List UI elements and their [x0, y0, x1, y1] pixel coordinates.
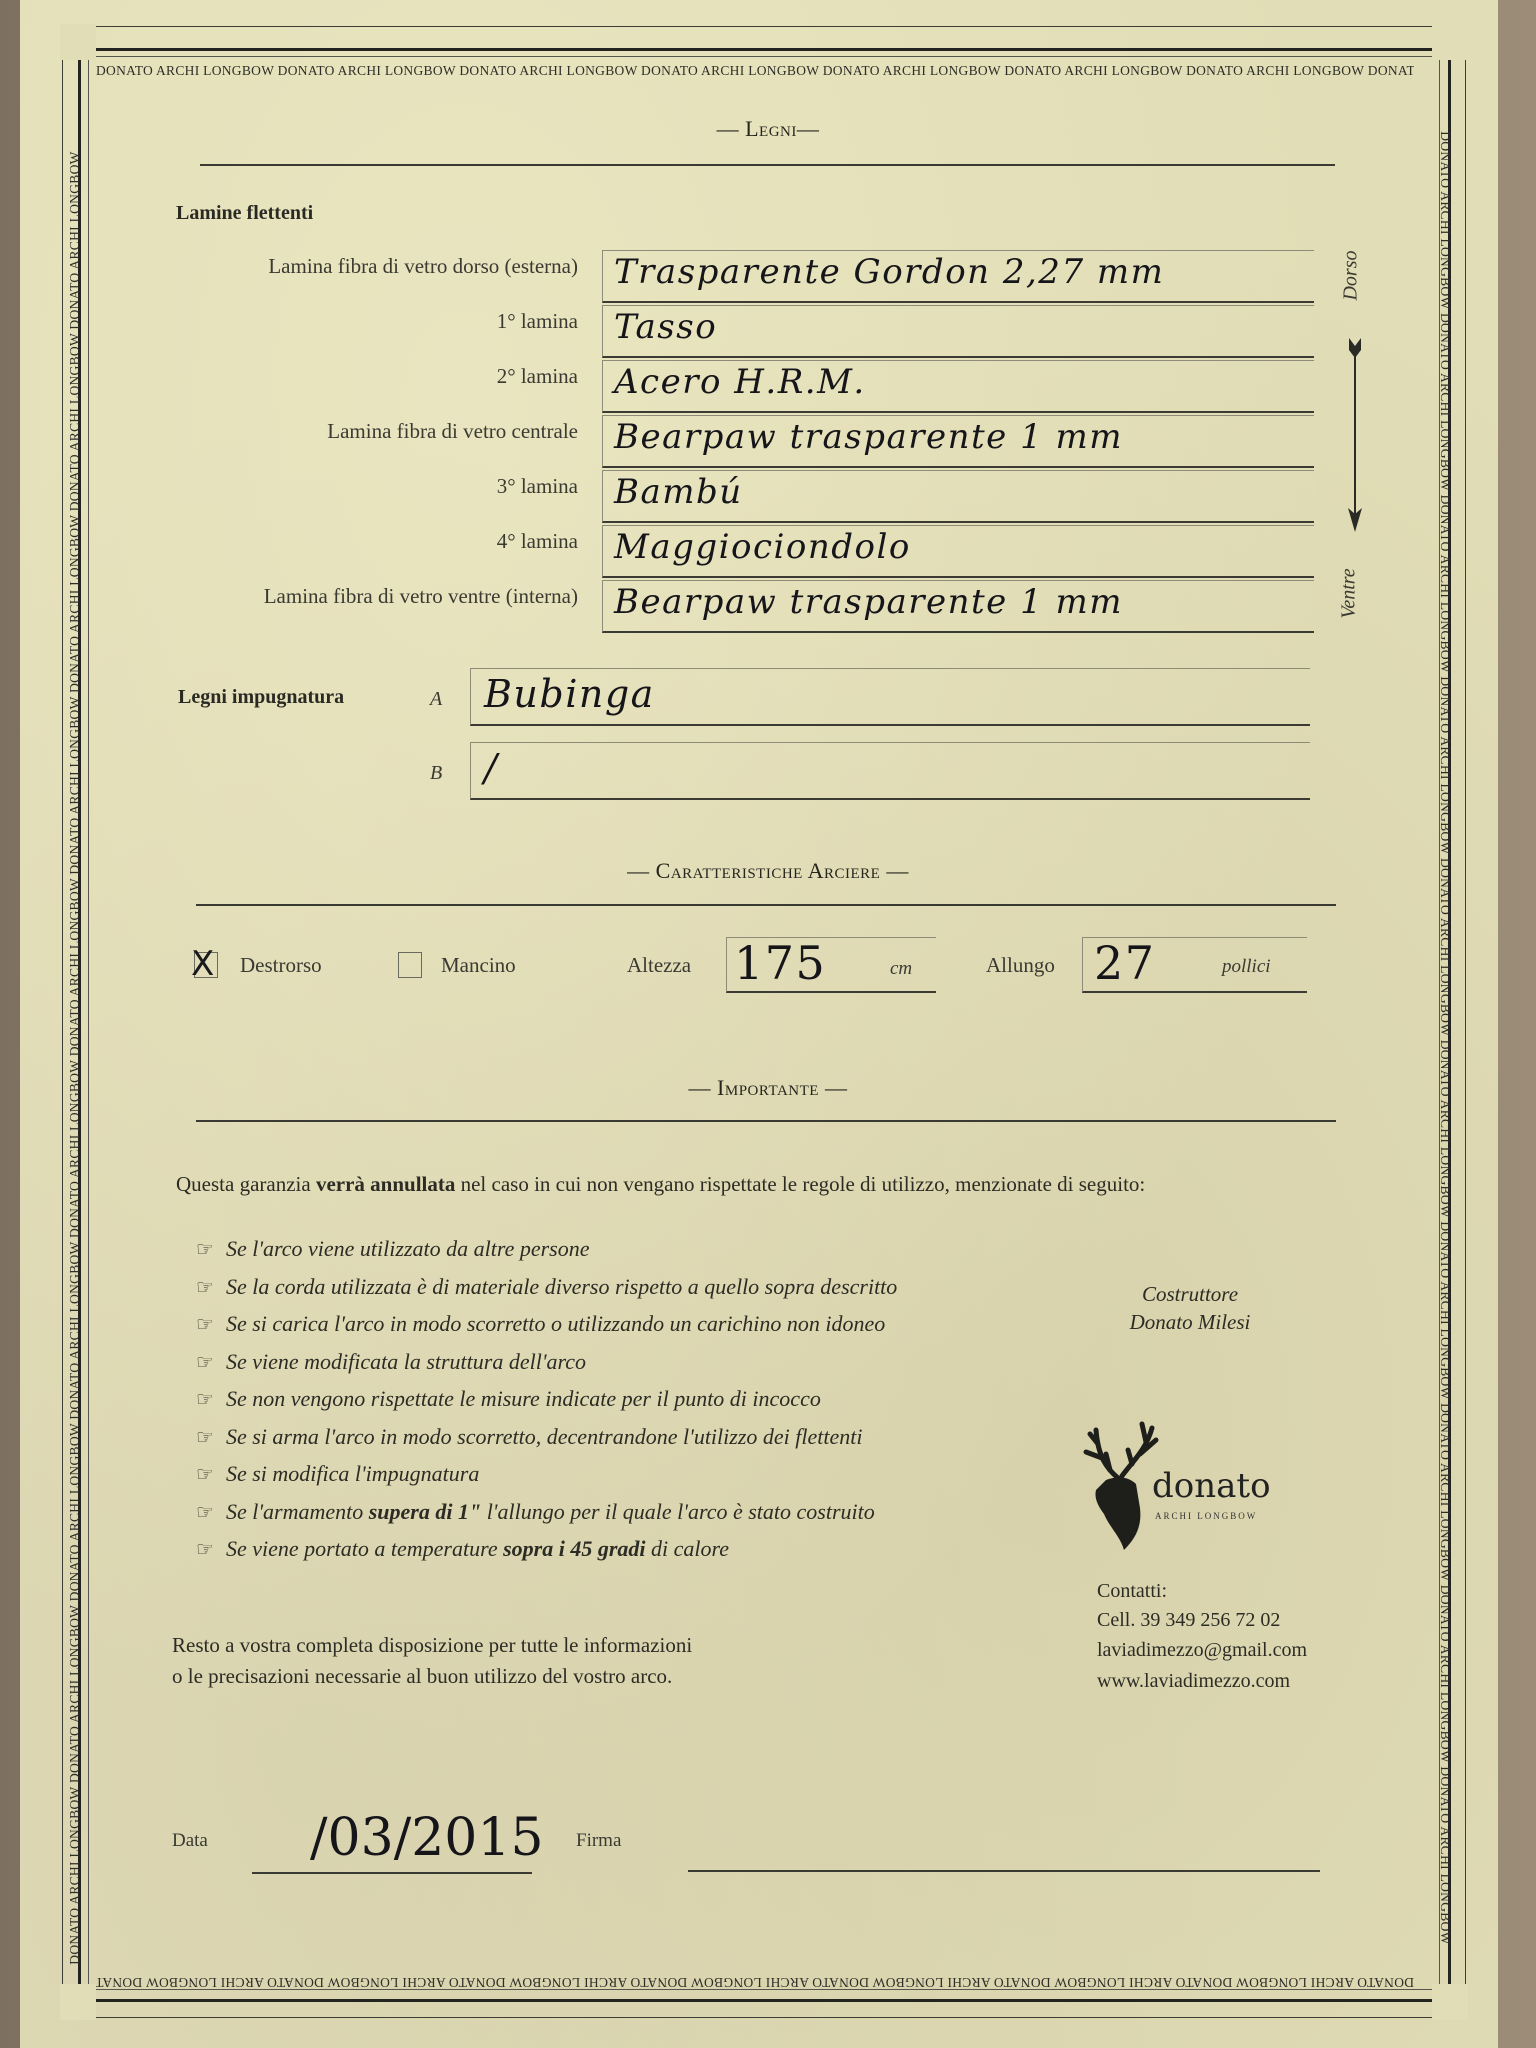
data-value: /03/2015 — [310, 1808, 544, 1868]
pointing-hand-icon: ☞ — [196, 1275, 214, 1299]
rule-item: ☞Se si carica l'arco in modo scorretto o… — [196, 1311, 885, 1337]
contact-email[interactable]: laviadimezzo@gmail.com — [1097, 1639, 1307, 1662]
lamina-label: Lamina fibra di vetro dorso (esterna) — [150, 254, 578, 279]
border-text-right: DONATO ARCHI LONGBOW DONATO ARCHI LONGBO… — [1437, 113, 1453, 1963]
lamina-value: Acero H.R.M. — [614, 362, 866, 402]
lamina-value: Tasso — [614, 307, 717, 347]
logo-wordmark: donato — [1152, 1466, 1271, 1506]
firma-label: Firma — [576, 1830, 621, 1852]
intro-bold: verrà annullata — [316, 1172, 455, 1196]
pointing-hand-icon: ☞ — [196, 1237, 214, 1261]
data-label: Data — [172, 1830, 208, 1852]
rule-item: ☞Se la corda utilizzata è di materiale d… — [196, 1274, 897, 1300]
data-line[interactable] — [252, 1872, 532, 1874]
section-title-legni: — Legni— — [0, 116, 1536, 142]
pointing-hand-icon: ☞ — [196, 1387, 214, 1411]
allungo-value: 27 — [1094, 936, 1156, 990]
destrorso-label: Destrorso — [240, 953, 322, 978]
border-text-bottom: DONATO ARCHI LONGBOW DONATO ARCHI LONGBO… — [96, 1974, 1414, 1990]
lamina-label: 4° lamina — [150, 529, 578, 554]
allungo-label: Allungo — [986, 953, 1055, 978]
lamina-label: 2° lamina — [150, 364, 578, 389]
frame-corner — [1432, 1984, 1468, 2020]
arrow-down-icon — [1340, 336, 1370, 536]
mancino-label: Mancino — [441, 953, 516, 978]
frame-corner — [60, 1984, 96, 2020]
impugnatura-letter: B — [430, 762, 442, 785]
lamina-label: 1° lamina — [150, 309, 578, 334]
rule-item: ☞Se l'armamento supera di 1" l'allungo p… — [196, 1499, 875, 1525]
direction-label-ventre: Ventre — [1338, 568, 1361, 618]
section-divider — [196, 904, 1336, 906]
contact-website[interactable]: www.laviadimezzo.com — [1097, 1670, 1290, 1693]
allungo-unit: pollici — [1222, 956, 1271, 978]
section-title-importante: — Importante — — [0, 1075, 1536, 1101]
lamine-heading: Lamine flettenti — [176, 202, 313, 225]
border-text-top: DONATO ARCHI LONGBOW DONATO ARCHI LONGBO… — [96, 63, 1414, 79]
border-text-left: DONATO ARCHI LONGBOW DONATO ARCHI LONGBO… — [67, 133, 83, 1983]
section-title-arciere: — Caratteristiche Arciere — — [0, 858, 1536, 884]
altezza-label: Altezza — [627, 953, 691, 978]
section-divider — [200, 164, 1335, 166]
logo-subtitle: ARCHI LONGBOW — [1155, 1511, 1257, 1521]
impugnatura-value: / — [484, 746, 498, 790]
closing-line-2: o le precisazioni necessarie al buon uti… — [172, 1664, 672, 1689]
rule-item: ☞Se viene modificata la struttura dell'a… — [196, 1349, 586, 1375]
builder-title: Costruttore — [1060, 1282, 1320, 1307]
builder-name: Donato Milesi — [1060, 1310, 1320, 1335]
lamina-value: Bambú — [614, 472, 743, 512]
frame-corner — [60, 24, 96, 60]
section-divider — [196, 1120, 1336, 1122]
altezza-unit: cm — [890, 958, 912, 980]
lamina-label: 3° lamina — [150, 474, 578, 499]
impugnatura-field[interactable] — [470, 742, 1310, 800]
closing-line-1: Resto a vostra completa disposizione per… — [172, 1633, 692, 1658]
checkbox-mancino[interactable] — [398, 952, 422, 978]
rule-item: ☞Se viene portato a temperature sopra i … — [196, 1536, 729, 1562]
warranty-intro: Questa garanzia verrà annullata nel caso… — [176, 1172, 1145, 1197]
contact-phone: Cell. 39 349 256 72 02 — [1097, 1609, 1280, 1632]
rule-item: ☞Se non vengono rispettate le misure ind… — [196, 1386, 821, 1412]
lamina-value: Trasparente Gordon 2,27 mm — [614, 252, 1164, 292]
direction-label-dorso: Dorso — [1340, 250, 1363, 300]
rule-item: ☞Se l'arco viene utilizzato da altre per… — [196, 1236, 590, 1262]
lamina-label: Lamina fibra di vetro ventre (interna) — [150, 584, 578, 609]
check-x-mark: X — [191, 947, 214, 981]
impugnatura-value: Bubinga — [484, 672, 655, 716]
checkbox-destrorso[interactable]: X — [194, 952, 218, 978]
lamina-value: Maggiociondolo — [614, 527, 911, 567]
impugnatura-letter: A — [430, 688, 442, 711]
lamina-value: Bearpaw trasparente 1 mm — [614, 417, 1123, 457]
pointing-hand-icon: ☞ — [196, 1425, 214, 1449]
frame-corner — [1432, 24, 1468, 60]
pointing-hand-icon: ☞ — [196, 1350, 214, 1374]
altezza-value: 175 — [734, 936, 826, 990]
impugnatura-heading: Legni impugnatura — [178, 686, 344, 709]
lamina-value: Bearpaw trasparente 1 mm — [614, 582, 1123, 622]
deer-head-icon — [1080, 1418, 1160, 1552]
rule-item: ☞Se si arma l'arco in modo scorretto, de… — [196, 1424, 862, 1450]
pointing-hand-icon: ☞ — [196, 1500, 214, 1524]
pointing-hand-icon: ☞ — [196, 1312, 214, 1336]
lamina-label: Lamina fibra di vetro centrale — [150, 419, 578, 444]
contacts-heading: Contatti: — [1097, 1580, 1167, 1603]
pointing-hand-icon: ☞ — [196, 1537, 214, 1561]
pointing-hand-icon: ☞ — [196, 1462, 214, 1486]
rule-item: ☞Se si modifica l'impugnatura — [196, 1461, 479, 1487]
firma-line[interactable] — [688, 1870, 1320, 1872]
